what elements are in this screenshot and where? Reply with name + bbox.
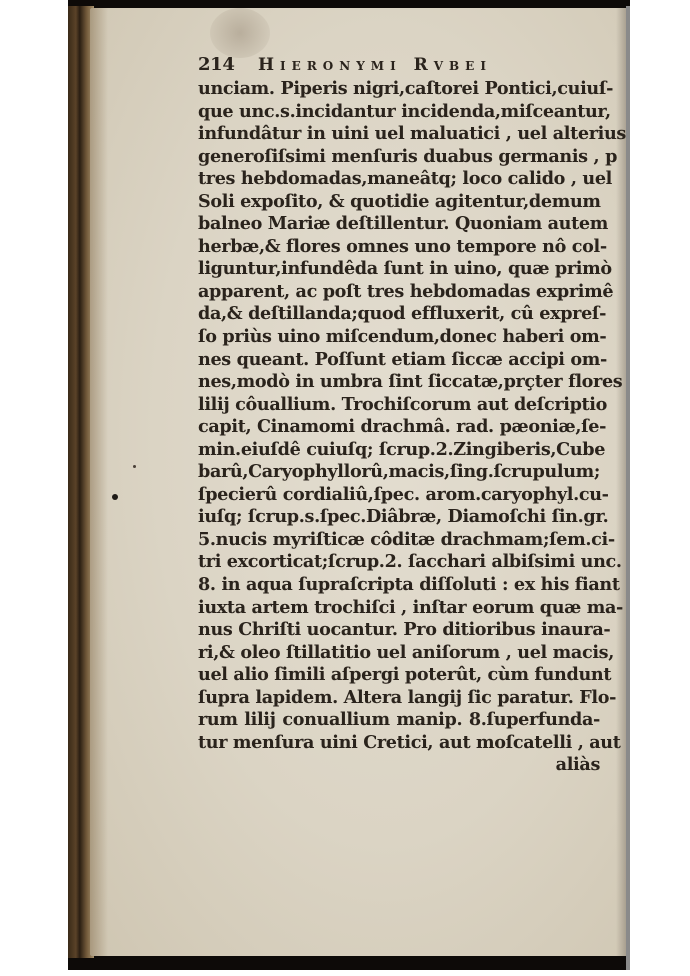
text-line: iuſq; ſcrup.s.ſpec.Diâbræ, Diamoſchi ſin… [198,506,600,529]
text-line: balneo Mariæ deſtillentur. Quoniam autem [198,213,600,236]
text-line: Soli expoſito, & quotidie agitentur,demu… [198,191,600,214]
catchword: aliàs [198,754,600,777]
text-line: unciam. Piperis nigri,caſtorei Pontici,c… [198,78,600,101]
text-line: nes queant. Poſſunt etiam ſiccæ accipi o… [198,349,600,372]
text-line: herbæ,& flores omnes uno tempore nô col- [198,236,600,259]
text-line: tres hebdomadas,maneâtq; loco calido , u… [198,168,600,191]
text-line: tur menſura uini Cretici, aut moſcatelli… [198,732,600,755]
ink-spot-small [133,465,136,468]
text-line: infundâtur in uini uel maluatici , uel a… [198,123,600,146]
text-line: apparent, ac poſt tres hebdomadas exprim… [198,281,600,304]
page-number: 214 [198,52,258,78]
text-line: 5.nucis myriſticæ côditæ drachmam;ſem.ci… [198,529,600,552]
text-line: capit, Cinamomi drachmâ. rad. pæoniæ,ſe- [198,416,600,439]
text-line: ri,& oleo ſtillatitio uel aniſorum , uel… [198,642,600,665]
text-line: iuxta artem trochiſci , inſtar eorum quæ… [198,597,600,620]
page-right-edge [626,6,630,970]
running-head: 214 Hieronymi Rvbei [198,52,600,78]
author-running-title: Hieronymi Rvbei [258,52,492,78]
text-line: ſpecierû cordialiû,ſpec. arom.caryophyl.… [198,484,600,507]
text-line: ſupra lapidem. Altera langij ſic paratur… [198,687,600,710]
page-text-block: 214 Hieronymi Rvbei unciam. Piperis nigr… [198,52,600,777]
text-line: generoſiſsimi menſuris duabus germanis ,… [198,146,600,169]
text-line: ſo priùs uino miſcendum,donec haberi om- [198,326,600,349]
text-line: lilij côuallium. Trochiſcorum aut deſcri… [198,394,600,417]
ink-spot [112,494,118,500]
text-line: 8. in aqua ſupraſcripta diſſoluti : ex h… [198,574,600,597]
text-line: barû,Caryophyllorû,macis,ſing.ſcrupulum; [198,461,600,484]
text-line: da,& deſtillanda;quod effluxerit, cû exp… [198,303,600,326]
text-line: tri excorticat;ſcrup.2. ſacchari albiſsi… [198,551,600,574]
stain-mark [210,8,270,58]
text-line: liguntur,infundêda ſunt in uino, quæ pri… [198,258,600,281]
text-line: nes,modò in umbra ſint ſiccatæ,prçter fl… [198,371,600,394]
text-line: que unc.s.incidantur incidenda,miſceantu… [198,101,600,124]
text-line: min.eiuſdê cuiuſq; ſcrup.2.Zingiberis,Cu… [198,439,600,462]
text-line: nus Chriſti uocantur. Pro ditioribus ina… [198,619,600,642]
text-line: uel alio ſimili aſpergi poterût, cùm fun… [198,664,600,687]
text-line: rum lilij conuallium manip. 8.ſuperfunda… [198,709,600,732]
